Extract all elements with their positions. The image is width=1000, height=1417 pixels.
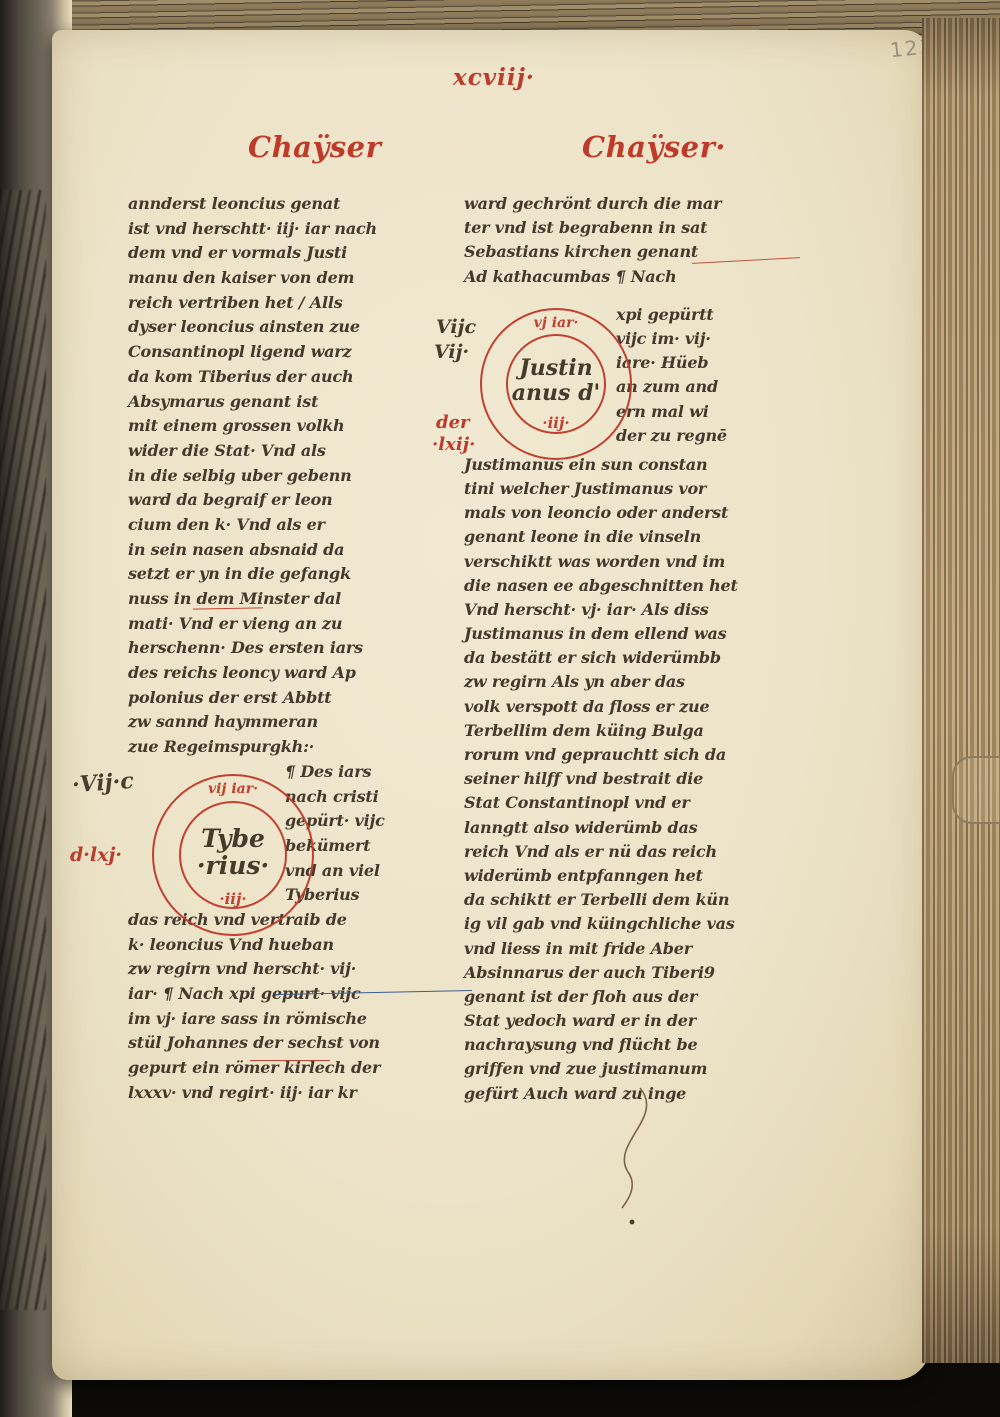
- text-line: genant leone in die vinseln: [464, 525, 794, 549]
- left-text-column: annderst leoncius genatist vnd herschtt·…: [128, 192, 428, 1105]
- text-line: setzt er yn in die gefangk: [128, 562, 428, 587]
- text-line: des reichs leoncy ward Ap: [128, 661, 428, 686]
- justinianus-medallion: vj iar· Justin anus d' ·iij·: [480, 308, 632, 460]
- text-line: zw sannd haymmeran: [128, 710, 428, 735]
- text-line: verschiktt was worden vnd im: [464, 550, 794, 574]
- right-column-header: Chaÿser·: [582, 130, 726, 164]
- text-line: zue Regeimspurgkh:·: [128, 735, 428, 760]
- justinianus-ordinal: ·iij·: [482, 414, 630, 432]
- left-margin-year-note: ·Vij·c: [71, 768, 134, 798]
- index-tab: [952, 756, 1000, 824]
- text-line: ern mal wi: [616, 400, 794, 424]
- tiberius-reign-years: vij iar·: [154, 781, 312, 797]
- red-underline-romer: [250, 1060, 330, 1061]
- text-line: an zum and: [616, 375, 794, 399]
- text-line: ward da begraif er leon: [128, 488, 428, 513]
- text-line: widerümb entpfanngen het: [464, 864, 794, 888]
- left-column-upper-lines: annderst leoncius genatist vnd herschtt·…: [128, 192, 428, 760]
- text-line: dyser leoncius ainsten zue: [128, 315, 428, 340]
- text-line: zw regirn vnd herscht· vij·: [128, 957, 428, 982]
- text-line: zw regirn Als yn aber das: [464, 670, 794, 694]
- text-line: polonius der erst Abbtt: [128, 686, 428, 711]
- text-line: im vj· iare sass in römische: [128, 1007, 428, 1032]
- left-column-lower-lines: das reich vnd vertraib dek· leoncius Vnd…: [128, 908, 428, 1106]
- text-line: rorum vnd geprauchtt sich da: [464, 743, 794, 767]
- text-line: Justimanus ein sun constan: [464, 453, 794, 477]
- text-line: cium den k· Vnd als er: [128, 513, 428, 538]
- manuscript-page: 123 xcviij· Chaÿser Chaÿser· annderst le…: [52, 30, 930, 1380]
- text-line: herschenn· Des ersten iars: [128, 636, 428, 661]
- text-line: ward gechrönt durch die mar: [464, 192, 794, 216]
- pen-flourish: [570, 1082, 680, 1232]
- text-line: Consantinopl ligend warz: [128, 340, 428, 365]
- right-column-lower-lines: Justimanus ein sun constantini welcher J…: [464, 453, 794, 1106]
- text-line: reich vertriben het / Alls: [128, 291, 428, 316]
- left-margin-red-note: d·lxj·: [70, 844, 122, 866]
- text-line: ter vnd ist begrabenn in sat: [464, 216, 794, 240]
- text-line: tini welcher Justimanus vor: [464, 477, 794, 501]
- text-line: da kom Tiberius der auch: [128, 365, 428, 390]
- tiberius-medallion: vij iar· Tybe ·rius· ·iij·: [152, 774, 314, 936]
- right-column-upper-lines: ward gechrönt durch die marter vnd ist b…: [464, 192, 794, 289]
- right-margin-red-note-1: der: [436, 412, 470, 433]
- text-line: k· leoncius Vnd hueban: [128, 933, 428, 958]
- text-line: mati· Vnd er vieng an zu: [128, 612, 428, 637]
- text-line: ig vil gab vnd küingchliche vas: [464, 912, 794, 936]
- text-line: lanngtt also widerümb das: [464, 816, 794, 840]
- text-line: manu den kaiser von dem: [128, 266, 428, 291]
- right-margin-red-note-2: ·lxij·: [432, 434, 475, 455]
- text-line: Stat Constantinopl vnd er: [464, 791, 794, 815]
- text-line: in die selbig uber gebenn: [128, 464, 428, 489]
- text-line: Ad kathacumbas ¶ Nach: [464, 265, 794, 289]
- text-line: Justimanus in dem ellend was: [464, 622, 794, 646]
- text-line: nachraysung vnd flücht be: [464, 1033, 794, 1057]
- right-margin-year-note-1: Vijc: [436, 316, 476, 338]
- text-line: mals von leoncio oder anderst: [464, 501, 794, 525]
- right-margin-year-note-2: Vij·: [434, 341, 469, 363]
- text-line: da schiktt er Terbelli dem kün: [464, 888, 794, 912]
- text-line: in sein nasen absnaid da: [128, 538, 428, 563]
- text-line: xpi gepürtt: [616, 303, 794, 327]
- text-line: vijc im· vij·: [616, 327, 794, 351]
- text-line: seiner hilff vnd bestrait die: [464, 767, 794, 791]
- text-line: ist vnd herschtt· iij· iar nach: [128, 217, 428, 242]
- text-line: dem vnd er vormals Justi: [128, 241, 428, 266]
- text-line: nuss in dem Minster dal: [128, 587, 428, 612]
- text-line: reich Vnd als er nü das reich: [464, 840, 794, 864]
- text-line: die nasen ee abgeschnitten het: [464, 574, 794, 598]
- justinianus-reign-years: vj iar·: [482, 315, 630, 331]
- text-line: vnd liess in mit fride Aber: [464, 937, 794, 961]
- roman-folio-number: xcviij·: [404, 64, 584, 91]
- text-line: Vnd herscht· vj· iar· Als diss: [464, 598, 794, 622]
- facing-page-text-fragments: [0, 190, 46, 1310]
- book-fore-edge: [922, 18, 1000, 1363]
- text-line: der zu regnē: [616, 424, 794, 448]
- text-line: iare· Hüeb: [616, 351, 794, 375]
- text-line: Absinnarus der auch Tiberi9: [464, 961, 794, 985]
- wood-grain-texture: [922, 18, 1000, 1363]
- text-line: genant ist der floh aus der: [464, 985, 794, 1009]
- text-line: Terbellim dem küing Bulga: [464, 719, 794, 743]
- text-line: lxxxv· vnd regirt· iij· iar kr: [128, 1081, 428, 1106]
- manuscript-photo: 123 xcviij· Chaÿser Chaÿser· annderst le…: [0, 0, 1000, 1417]
- text-line: annderst leoncius genat: [128, 192, 428, 217]
- justinianus-name: Justin anus d': [482, 356, 630, 406]
- text-line: Stat yedoch ward er in der: [464, 1009, 794, 1033]
- text-line: stül Johannes der sechst von: [128, 1031, 428, 1056]
- text-line: Absymarus genant ist: [128, 390, 428, 415]
- text-line: volk verspott da floss er zue: [464, 695, 794, 719]
- text-line: wider die Stat· Vnd als: [128, 439, 428, 464]
- tiberius-name: Tybe ·rius·: [154, 825, 312, 879]
- tiberius-ordinal: ·iij·: [154, 890, 312, 908]
- left-column-header: Chaÿser: [248, 130, 381, 164]
- text-line: griffen vnd zue justimanum: [464, 1057, 794, 1081]
- text-line: mit einem grossen volkh: [128, 414, 428, 439]
- text-line: da bestätt er sich widerümbb: [464, 646, 794, 670]
